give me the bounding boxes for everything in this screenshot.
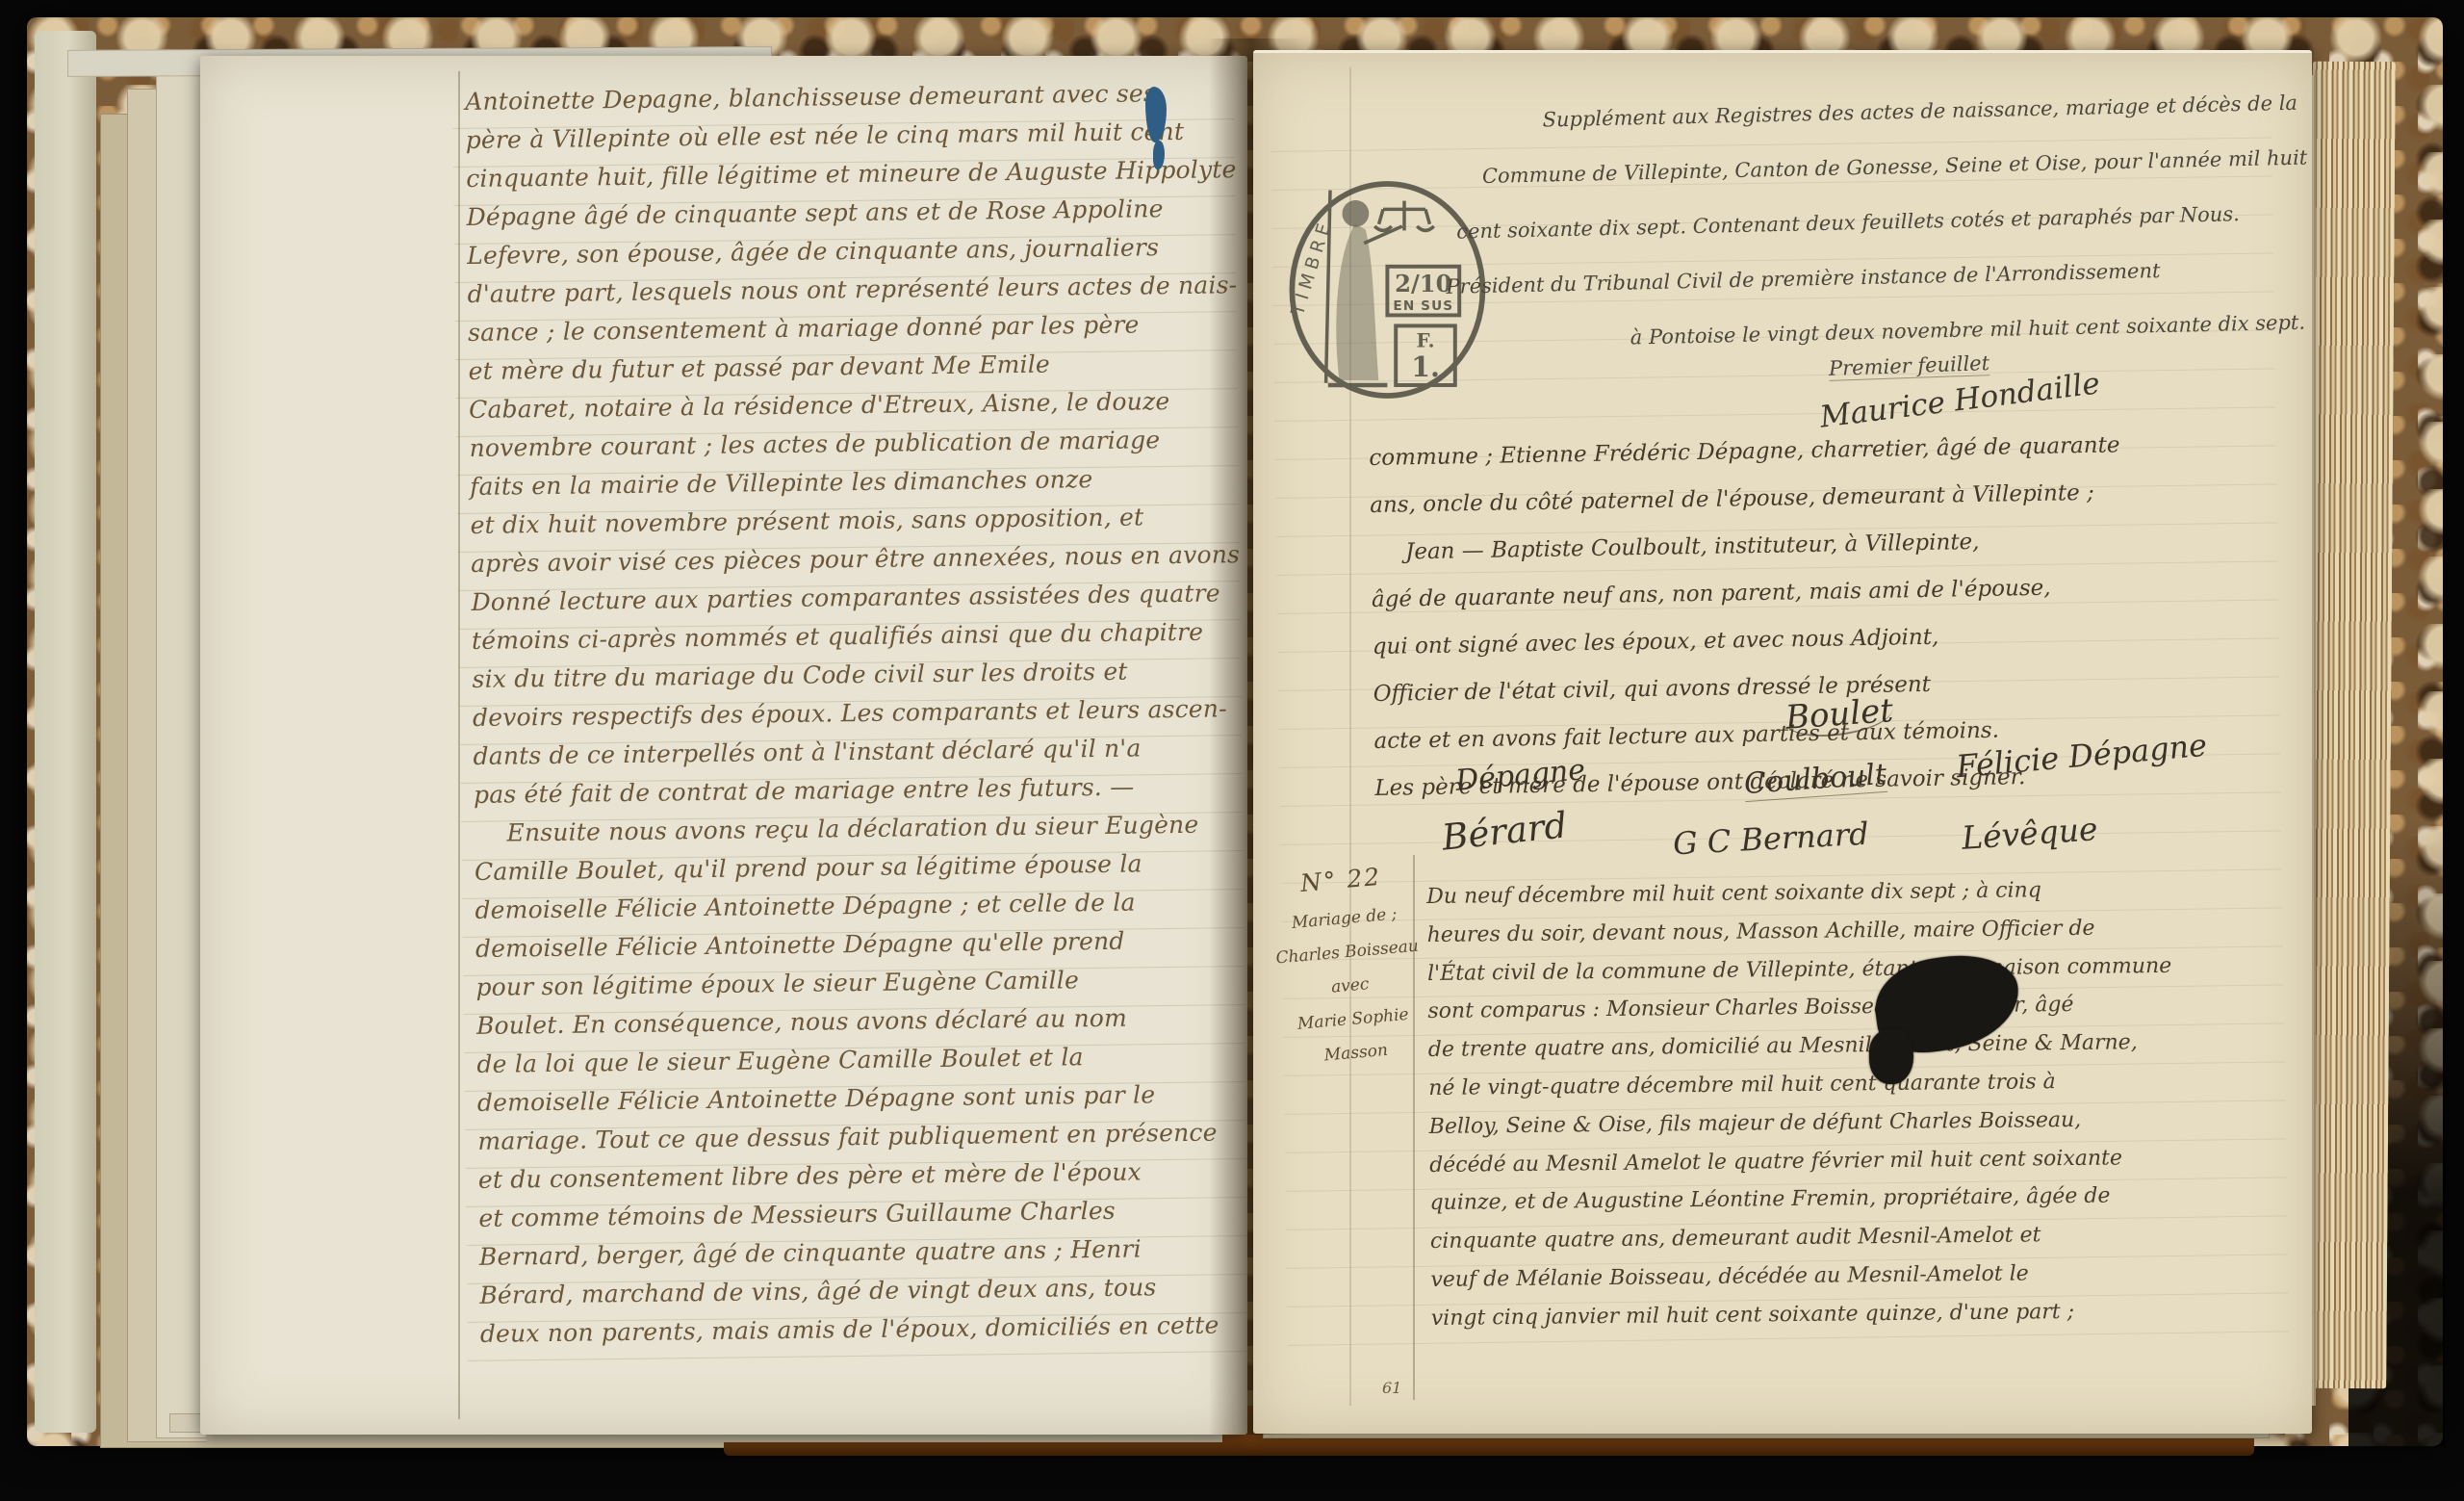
stamp-rate-suffix: EN SUS bbox=[1393, 298, 1453, 314]
stamp-currency: F. bbox=[1417, 328, 1435, 351]
left-page-text: Antoinette Depagne, blanchisseuse demeur… bbox=[465, 73, 1254, 1354]
marriage-act-text: Du neuf décembre mil huit cent soixante … bbox=[1426, 868, 2326, 1337]
archival-register-photo: Antoinette Depagne, blanchisseuse demeur… bbox=[0, 0, 2464, 1501]
stamp-value: 1. bbox=[1411, 350, 1440, 383]
margin-note: N° 22 Mariage de ; Charles Boisseau avec… bbox=[1258, 856, 1439, 1077]
stamp-rate: 2/10 bbox=[1395, 270, 1451, 298]
left-margin-line bbox=[458, 71, 460, 1419]
cover-edge-left bbox=[35, 31, 96, 1433]
ink-blot bbox=[1869, 1028, 1913, 1084]
supplement-header: Supplément aux Registres des actes de na… bbox=[1480, 76, 2285, 369]
page-number: 61 bbox=[1382, 1379, 1401, 1397]
